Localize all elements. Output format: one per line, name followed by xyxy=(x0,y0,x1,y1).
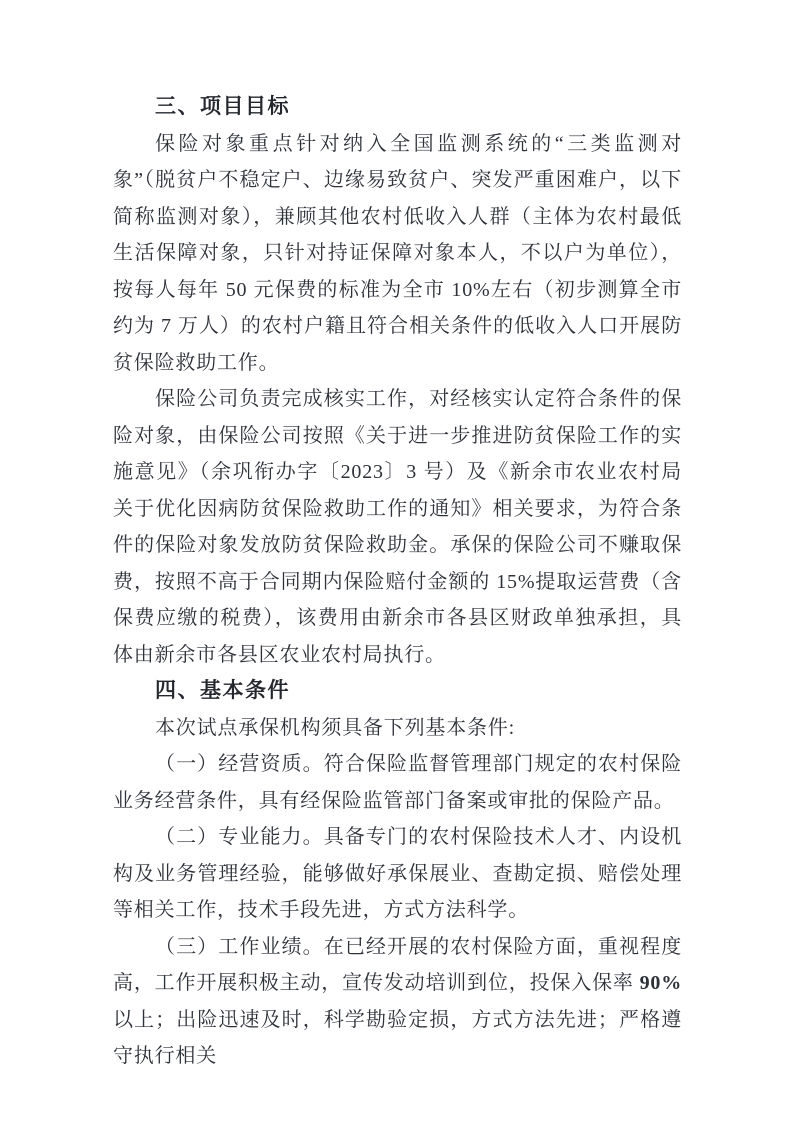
paragraph-conditions-intro: 本次试点承保机构须具备下列基本条件: xyxy=(113,710,682,747)
paragraph-condition-2-capability: （二）专业能力。具备专门的农村保险技术人才、内设机构及业务管理经验，能够做好承保… xyxy=(113,819,682,929)
paragraph-insured-targets: 保险对象重点针对纳入全国监测系统的“三类监测对象”（脱贫户不稳定户、边缘易致贫户… xyxy=(113,126,682,382)
section-heading-project-goals: 三、项目目标 xyxy=(113,89,682,126)
section-heading-basic-conditions: 四、基本条件 xyxy=(113,673,682,710)
document-page: 三、项目目标 保险对象重点针对纳入全国监测系统的“三类监测对象”（脱贫户不稳定户… xyxy=(0,0,794,1123)
paragraph-condition-3-performance: （三）工作业绩。在已经开展的农村保险方面，重视程度高，工作开展积极主动，宣传发动… xyxy=(113,929,682,1075)
condition-3-insured-rate: 90% xyxy=(640,972,682,994)
condition-3-text-before: （三）工作业绩。在已经开展的农村保险方面，重视程度高，工作开展积极主动，宣传发动… xyxy=(113,936,682,995)
paragraph-insurer-duties: 保险公司负责完成核实工作，对经核实认定符合条件的保险对象，由保险公司按照《关于进… xyxy=(113,381,682,673)
paragraph-condition-1-qualification: （一）经营资质。符合保险监督管理部门规定的农村保险业务经营条件，具有经保险监管部… xyxy=(113,746,682,819)
condition-3-text-after: 以上；出险迅速及时，科学勘验定损，方式方法先进；严格遵守执行相关 xyxy=(113,1009,682,1068)
